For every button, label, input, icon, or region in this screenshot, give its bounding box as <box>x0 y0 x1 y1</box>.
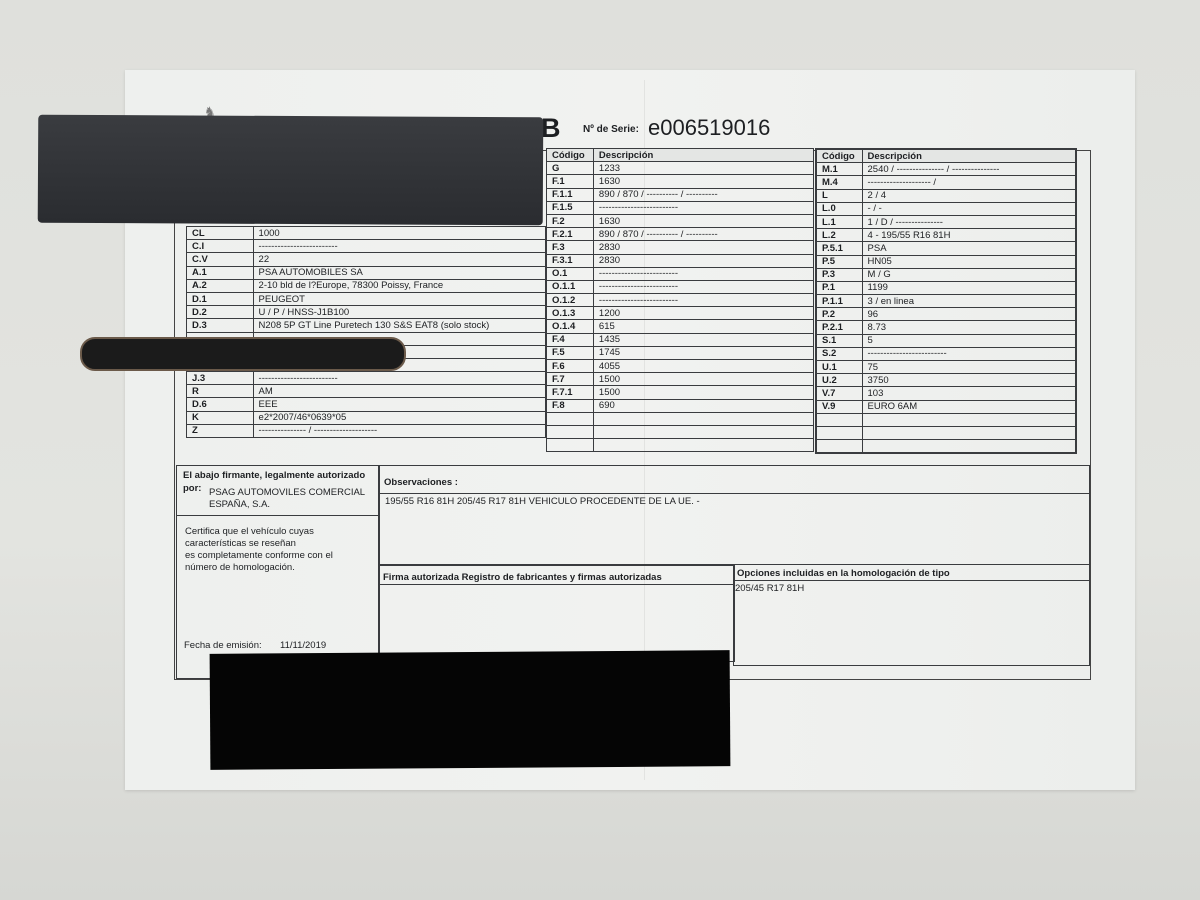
table-row: J.3------------------------- <box>187 372 546 385</box>
description-cell: 2540 / --------------- / --------------- <box>862 163 1076 176</box>
description-cell <box>593 425 813 438</box>
code-cell: F.2.1 <box>547 228 594 241</box>
description-cell: 890 / 870 / ---------- / ---------- <box>593 188 813 201</box>
observations-text: 195/55 R16 81H 205/45 R17 81H VEHICULO P… <box>385 496 700 507</box>
table-row: D.6EEE <box>187 398 546 411</box>
redaction-top-left <box>38 115 544 226</box>
series-label: Nº de Serie: <box>583 124 639 135</box>
code-cell: P.3 <box>816 268 862 281</box>
code-cell: F.2 <box>547 214 594 227</box>
description-cell: e2*2007/46*0639*05 <box>253 411 545 424</box>
observations-heading: Observaciones : <box>384 477 458 488</box>
signatory-heading: El abajo firmante, legalmente autorizado <box>183 470 365 481</box>
description-cell: 1630 <box>593 175 813 188</box>
table-row: F.2.1890 / 870 / ---------- / ---------- <box>547 228 814 241</box>
description-cell: 615 <box>593 320 813 333</box>
code-cell: V.7 <box>816 387 862 400</box>
description-cell: 8.73 <box>862 321 1076 334</box>
table-row: P.1.13 / en linea <box>816 295 1076 308</box>
code-cell: F.6 <box>547 360 594 373</box>
description-cell: 1233 <box>593 162 813 175</box>
code-cell: P.1 <box>816 281 862 294</box>
divider <box>379 584 734 585</box>
description-cell: ------------------------- <box>253 240 545 253</box>
code-cell: R <box>187 385 254 398</box>
issue-date-label: Fecha de emisión: <box>184 640 262 651</box>
divider <box>177 515 379 516</box>
code-cell: F.4 <box>547 333 594 346</box>
divider <box>379 493 1089 494</box>
description-cell: 5 <box>862 334 1076 347</box>
description-cell <box>593 412 813 425</box>
table-row <box>816 426 1076 439</box>
description-cell: 1500 <box>593 373 813 386</box>
code-cell: A.2 <box>187 279 254 292</box>
code-cell: F.1.5 <box>547 201 594 214</box>
table-row: F.41435 <box>547 333 814 346</box>
middle-spec-table: Código Descripción G1233F.11630F.1.1890 … <box>546 148 814 452</box>
description-cell: ------------------------- <box>862 347 1076 360</box>
code-cell <box>547 412 594 425</box>
code-cell: L.1 <box>816 215 862 228</box>
description-cell: 1630 <box>593 214 813 227</box>
description-cell: 1000 <box>253 227 545 240</box>
description-cell <box>862 413 1076 426</box>
table-row: F.1.5------------------------- <box>547 201 814 214</box>
code-cell <box>816 440 862 454</box>
code-cell: S.1 <box>816 334 862 347</box>
code-cell <box>547 425 594 438</box>
table-row: F.11630 <box>547 175 814 188</box>
description-cell: 2 / 4 <box>862 189 1076 202</box>
code-cell: G <box>547 162 594 175</box>
code-cell: C.V <box>187 253 254 266</box>
description-cell: N208 5P GT Line Puretech 130 S&S EAT8 (s… <box>253 319 545 332</box>
table-row: U.175 <box>816 361 1076 374</box>
description-cell: --------------- / -------------------- <box>253 424 545 437</box>
description-cell: 103 <box>862 387 1076 400</box>
description-cell: 1500 <box>593 386 813 399</box>
issue-date-value: 11/11/2019 <box>280 640 326 651</box>
table-row: C.V22 <box>187 253 546 266</box>
code-cell: U.1 <box>816 361 862 374</box>
code-cell: P.2 <box>816 308 862 321</box>
code-cell: O.1.1 <box>547 280 594 293</box>
description-header: Descripción <box>593 149 813 162</box>
table-row: M.4-------------------- / <box>816 176 1076 189</box>
code-cell <box>547 439 594 452</box>
table-row: G1233 <box>547 162 814 175</box>
code-cell <box>816 426 862 439</box>
description-cell: 1200 <box>593 307 813 320</box>
options-text: 205/45 R17 81H <box>735 583 804 594</box>
table-row: P.2.18.73 <box>816 321 1076 334</box>
description-cell: 4 - 195/55 R16 81H <box>862 229 1076 242</box>
table-row: O.1.2------------------------- <box>547 294 814 307</box>
redaction-middle-left <box>80 337 406 371</box>
table-row: RAM <box>187 385 546 398</box>
code-cell: D.2 <box>187 306 254 319</box>
description-cell: 3 / en linea <box>862 295 1076 308</box>
table-row: P.296 <box>816 308 1076 321</box>
options-heading: Opciones incluidas en la homologación de… <box>737 568 950 579</box>
code-cell: F.5 <box>547 346 594 359</box>
description-cell: EEE <box>253 398 545 411</box>
code-cell: F.1.1 <box>547 188 594 201</box>
left-spec-table: CL1000C.I-------------------------C.V22A… <box>186 226 546 438</box>
code-cell: F.8 <box>547 399 594 412</box>
code-cell: L.2 <box>816 229 862 242</box>
table-row: O.1.1------------------------- <box>547 280 814 293</box>
table-row: P.5.1PSA <box>816 242 1076 255</box>
code-cell: M.4 <box>816 176 862 189</box>
code-cell: F.7 <box>547 373 594 386</box>
code-cell: P.5.1 <box>816 242 862 255</box>
description-cell: 4055 <box>593 360 813 373</box>
description-cell <box>593 439 813 452</box>
series-letter: B <box>541 113 561 144</box>
divider <box>734 580 1089 581</box>
table-row: Ke2*2007/46*0639*05 <box>187 411 546 424</box>
description-cell: -------------------- / <box>862 176 1076 189</box>
table-row: M.12540 / --------------- / ------------… <box>816 163 1076 176</box>
table-row: Z--------------- / -------------------- <box>187 424 546 437</box>
description-cell: 96 <box>862 308 1076 321</box>
table-row: P.11199 <box>816 281 1076 294</box>
table-row: O.1.4615 <box>547 320 814 333</box>
table-row: O.1------------------------- <box>547 267 814 280</box>
code-cell: P.2.1 <box>816 321 862 334</box>
code-cell: P.1.1 <box>816 295 862 308</box>
certifies-line3: es completamente conforme con el <box>185 550 333 561</box>
table-row: V.7103 <box>816 387 1076 400</box>
table-row: F.21630 <box>547 214 814 227</box>
table-row: A.1PSA AUTOMOBILES SA <box>187 266 546 279</box>
table-row: D.1PEUGEOT <box>187 292 546 305</box>
description-cell: 2830 <box>593 254 813 267</box>
table-row: F.51745 <box>547 346 814 359</box>
description-cell <box>862 426 1076 439</box>
description-cell: 2-10 bld de l?Europe, 78300 Poissy, Fran… <box>253 279 545 292</box>
code-cell: D.6 <box>187 398 254 411</box>
code-cell: K <box>187 411 254 424</box>
certifies-line4: número de homologación. <box>185 562 295 573</box>
table-row: V.9EURO 6AM <box>816 400 1076 413</box>
table-row: C.I------------------------- <box>187 240 546 253</box>
observations-box: Observaciones : 195/55 R16 81H 205/45 R1… <box>378 465 1090 565</box>
code-cell: F.1 <box>547 175 594 188</box>
code-cell: F.3 <box>547 241 594 254</box>
code-cell: M.1 <box>816 163 862 176</box>
description-cell: ------------------------- <box>593 280 813 293</box>
table-row: CL1000 <box>187 227 546 240</box>
description-cell: 1199 <box>862 281 1076 294</box>
table-row: S.15 <box>816 334 1076 347</box>
description-cell: M / G <box>862 268 1076 281</box>
description-cell: 1435 <box>593 333 813 346</box>
description-cell <box>862 440 1076 454</box>
company-line2: ESPAÑA, S.A. <box>209 499 270 510</box>
code-cell: O.1.4 <box>547 320 594 333</box>
table-row: L.0- / - <box>816 202 1076 215</box>
code-cell: U.2 <box>816 374 862 387</box>
code-cell: D.3 <box>187 319 254 332</box>
table-row: F.8690 <box>547 399 814 412</box>
description-cell: 22 <box>253 253 545 266</box>
options-box: Opciones incluidas en la homologación de… <box>733 564 1090 666</box>
code-cell: A.1 <box>187 266 254 279</box>
code-cell: CL <box>187 227 254 240</box>
description-cell: ------------------------- <box>593 267 813 280</box>
code-cell: O.1.2 <box>547 294 594 307</box>
description-cell: AM <box>253 385 545 398</box>
table-row: F.3.12830 <box>547 254 814 267</box>
description-cell: U / P / HNSS-J1B100 <box>253 306 545 319</box>
code-cell: D.1 <box>187 292 254 305</box>
description-cell: 690 <box>593 399 813 412</box>
por-label: por: <box>183 483 201 494</box>
table-row: D.2U / P / HNSS-J1B100 <box>187 306 546 319</box>
code-cell: Z <box>187 424 254 437</box>
series-number: e006519016 <box>648 115 770 141</box>
right-spec-table: Código Descripción M.12540 / -----------… <box>815 148 1077 454</box>
table-row: L.11 / D / --------------- <box>816 215 1076 228</box>
table-row: F.7.11500 <box>547 386 814 399</box>
table-row <box>547 425 814 438</box>
table-row: P.5HN05 <box>816 255 1076 268</box>
code-cell: V.9 <box>816 400 862 413</box>
table-row: L2 / 4 <box>816 189 1076 202</box>
code-header: Código <box>816 149 862 163</box>
description-cell: PEUGEOT <box>253 292 545 305</box>
certifies-line1: Certifica que el vehículo cuyas <box>185 526 314 537</box>
code-cell: S.2 <box>816 347 862 360</box>
description-cell: ------------------------- <box>253 372 545 385</box>
redaction-bottom <box>210 650 731 770</box>
description-cell: 1 / D / --------------- <box>862 215 1076 228</box>
signatory-box: El abajo firmante, legalmente autorizado… <box>176 465 380 679</box>
table-row: U.23750 <box>816 374 1076 387</box>
table-row <box>816 440 1076 454</box>
description-cell: 3750 <box>862 374 1076 387</box>
table-row: O.1.31200 <box>547 307 814 320</box>
code-cell: L <box>816 189 862 202</box>
description-cell: ------------------------- <box>593 294 813 307</box>
table-row <box>816 413 1076 426</box>
certifies-line2: características se reseñan <box>185 538 296 549</box>
code-cell: O.1 <box>547 267 594 280</box>
table-row: F.71500 <box>547 373 814 386</box>
table-row: F.1.1890 / 870 / ---------- / ---------- <box>547 188 814 201</box>
code-cell: L.0 <box>816 202 862 215</box>
signature-heading: Firma autorizada Registro de fabricantes… <box>383 572 662 583</box>
table-row: F.64055 <box>547 360 814 373</box>
table-row: L.24 - 195/55 R16 81H <box>816 229 1076 242</box>
description-cell: ------------------------- <box>593 201 813 214</box>
code-cell: F.7.1 <box>547 386 594 399</box>
description-header: Descripción <box>862 149 1076 163</box>
description-cell: 1745 <box>593 346 813 359</box>
description-cell: EURO 6AM <box>862 400 1076 413</box>
code-cell: J.3 <box>187 372 254 385</box>
code-cell: F.3.1 <box>547 254 594 267</box>
table-row: S.2------------------------- <box>816 347 1076 360</box>
code-cell: O.1.3 <box>547 307 594 320</box>
signature-box: Firma autorizada Registro de fabricantes… <box>378 565 735 662</box>
code-cell: P.5 <box>816 255 862 268</box>
table-row: A.22-10 bld de l?Europe, 78300 Poissy, F… <box>187 279 546 292</box>
code-cell <box>816 413 862 426</box>
description-cell: 890 / 870 / ---------- / ---------- <box>593 228 813 241</box>
code-cell: C.I <box>187 240 254 253</box>
description-cell: PSA AUTOMOBILES SA <box>253 266 545 279</box>
table-row: P.3M / G <box>816 268 1076 281</box>
code-header: Código <box>547 149 594 162</box>
description-cell: - / - <box>862 202 1076 215</box>
description-cell: 2830 <box>593 241 813 254</box>
table-row <box>547 439 814 452</box>
description-cell: 75 <box>862 361 1076 374</box>
table-row <box>547 412 814 425</box>
description-cell: HN05 <box>862 255 1076 268</box>
description-cell: PSA <box>862 242 1076 255</box>
table-row: F.32830 <box>547 241 814 254</box>
company-line1: PSAG AUTOMOVILES COMERCIAL <box>209 487 365 498</box>
table-row: D.3N208 5P GT Line Puretech 130 S&S EAT8… <box>187 319 546 332</box>
